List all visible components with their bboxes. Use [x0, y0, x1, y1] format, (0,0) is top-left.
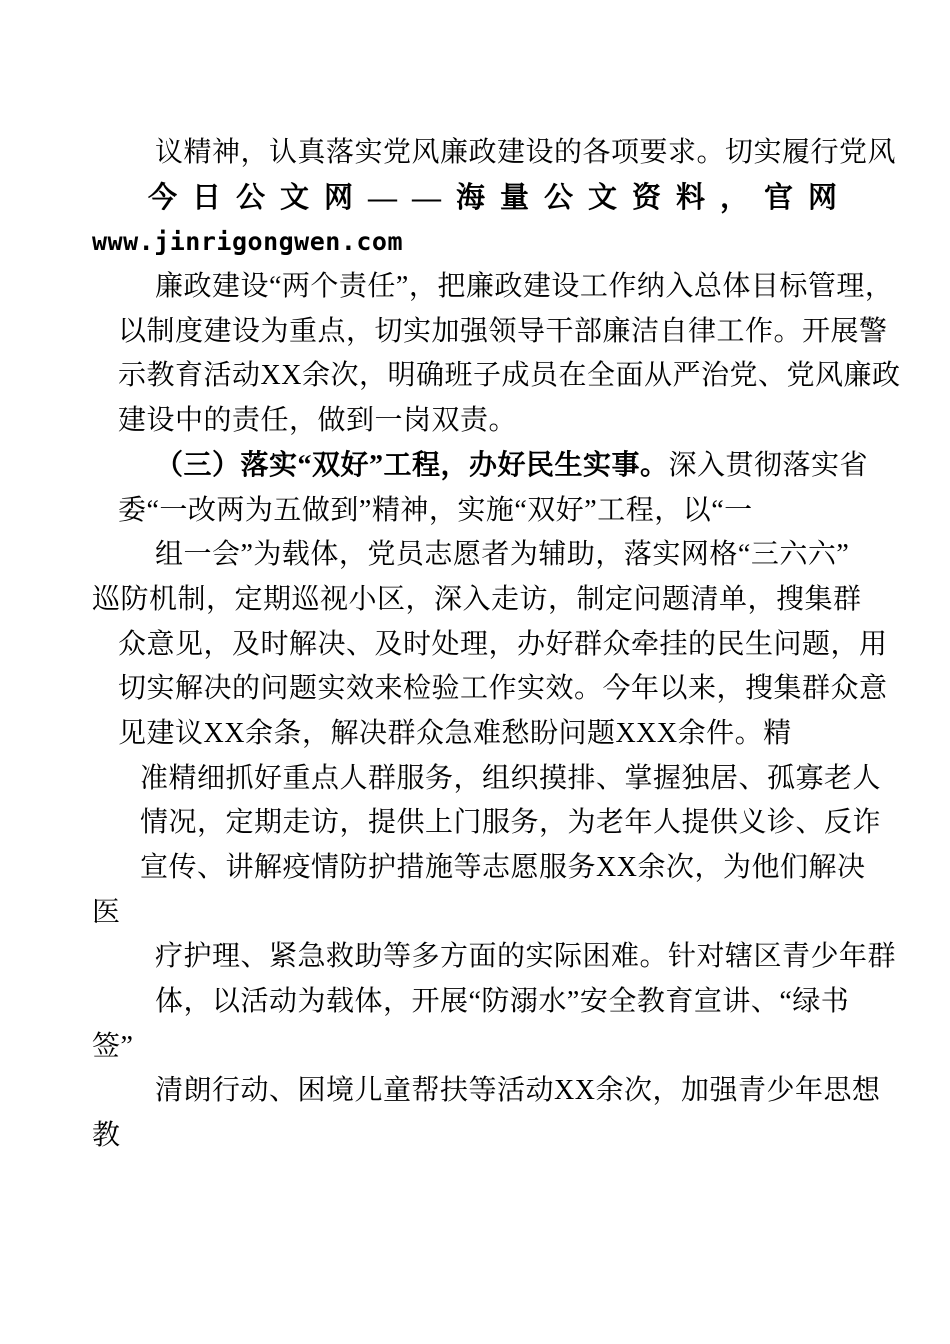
orphan-char-line: 教 — [92, 1114, 950, 1159]
site-banner-line: 今日公文网——海量公文资料，官网 — [148, 176, 950, 221]
text-line: 建设中的责任，做到一岗双责。 — [118, 399, 950, 444]
text-line: 情况，定期走访，提供上门服务，为老年人提供义诊、反诈 — [140, 801, 950, 846]
text-line: 巡防机制，定期巡视小区，深入走访，制定问题清单，搜集群 — [92, 578, 950, 623]
text-line: 组一会”为载体，党员志愿者为辅助，落实网格“三六六” — [155, 533, 950, 578]
text-line: 示教育活动XX余次，明确班子成员在全面从严治党、党风廉政 — [118, 354, 950, 399]
site-url-line: www.jinrigongwen.com — [92, 220, 950, 265]
text-line: 清朗行动、困境儿童帮扶等活动XX余次，加强青少年思想 — [155, 1069, 950, 1114]
document-page: 议精神，认真落实党风廉政建设的各项要求。切实履行党风今日公文网——海量公文资料，… — [0, 0, 950, 1344]
orphan-char-line: 医 — [92, 891, 950, 936]
text-line: 切实解决的问题实效来检验工作实效。今年以来，搜集群众意 — [118, 667, 950, 712]
text-line: 以制度建设为重点，切实加强领导干部廉洁自律工作。开展警 — [118, 310, 950, 355]
text-line: 疗护理、紧急救助等多方面的实际困难。针对辖区青少年群 — [155, 935, 950, 980]
text-line: 体，以活动为载体，开展“防溺水”安全教育宣讲、“绿书 — [155, 980, 950, 1025]
section-heading-line: （三）落实“双好”工程，办好民生实事。深入贯彻落实省 — [155, 444, 950, 489]
document-body: 议精神，认真落实党风廉政建设的各项要求。切实履行党风今日公文网——海量公文资料，… — [0, 131, 950, 1159]
text-line: 准精细抓好重点人群服务，组织摸排、掌握独居、孤寡老人 — [140, 757, 950, 802]
text-line: 议精神，认真落实党风廉政建设的各项要求。切实履行党风 — [155, 131, 950, 176]
text-line: 廉政建设“两个责任”，把廉政建设工作纳入总体目标管理， — [155, 265, 950, 310]
heading-normal-segment: 深入贯彻落实省 — [669, 450, 869, 481]
heading-bold-segment: （三）落实“双好”工程，办好民生实事。 — [155, 450, 669, 481]
orphan-char-line: 签” — [92, 1025, 950, 1070]
text-line: 众意见，及时解决、及时处理，办好群众牵挂的民生问题，用 — [118, 623, 950, 668]
text-line: 宣传、讲解疫情防护措施等志愿服务XX余次，为他们解决 — [140, 846, 950, 891]
text-line: 委“一改两为五做到”精神，实施“双好”工程，以“一 — [118, 489, 950, 534]
text-line: 见建议XX余条，解决群众急难愁盼问题XXX余件。精 — [118, 712, 950, 757]
